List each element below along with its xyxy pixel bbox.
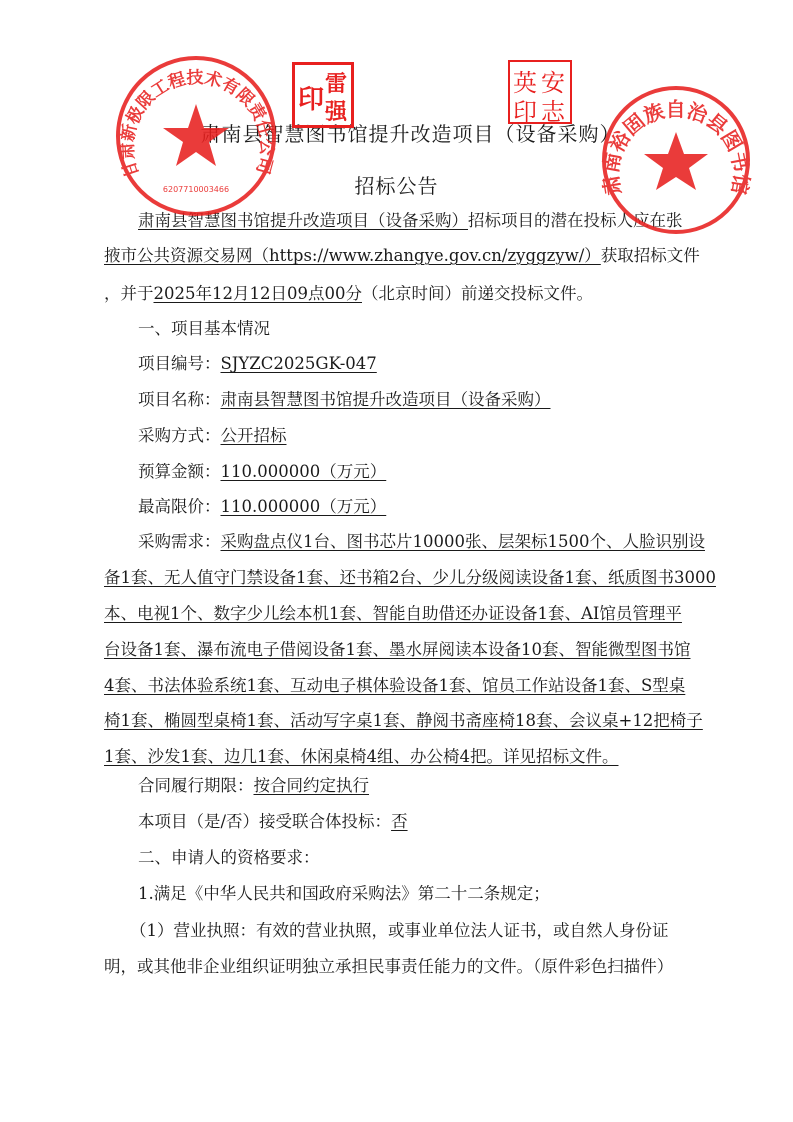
section2-heading: 二、申请人的资格要求： xyxy=(138,848,320,868)
seal-char: 雷 xyxy=(325,67,347,98)
personal-seal-an-yingzhi: 英 安 印 志 xyxy=(508,60,572,124)
company-seal-stamp: 甘肃新极限工程技术有限责任公司 6207710003466 xyxy=(112,52,280,220)
intro-line-3: ，并于2025年12月12日09点00分（北京时间）前递交投标文件。 xyxy=(104,284,593,304)
requirements-line-7: 1套、沙发1套、边几1套、休闲桌椅4组、办公椅4把。详见招标文件。 xyxy=(104,747,619,767)
library-seal-stamp: 肃南裕固族自治县图书馆 xyxy=(598,82,754,238)
requirements-line-5: 4套、书法体验系统1套、互动电子棋体验设备1套、馆员工作站设备1套、S型桌 xyxy=(104,676,685,696)
deadline: 2025年12月12日09点00分 xyxy=(154,284,362,303)
field-procurement-method: 采购方式：公开招标 xyxy=(138,426,287,446)
requirements-line-4: 台设备1套、瀑布流电子借阅设备1套、墨水屏阅读本设备10套、智能微型图书馆 xyxy=(104,640,691,660)
qualification-item-1-1-line-1: （1）营业执照：有效的营业执照，或事业单位法人证书，或自然人身份证 xyxy=(130,921,669,941)
section1-heading: 一、项目基本情况 xyxy=(138,319,270,339)
requirements-line-1: 采购需求：采购盘点仪1台、图书芯片10000张、层架标1500个、人脸识别设 xyxy=(138,532,705,552)
field-project-number: 项目编号：SJYZC2025GK-047 xyxy=(138,354,377,374)
field-budget: 预算金额：110.000000（万元） xyxy=(138,462,386,482)
field-project-name: 项目名称：肃南县智慧图书馆提升改造项目（设备采购） xyxy=(138,390,551,410)
requirements-line-2: 备1套、无人值守门禁设备1套、还书箱2台、少儿分级阅读设备1套、纸质图书3000 xyxy=(104,568,716,588)
qualification-item-1-1-line-2: 明，或其他非企业组织证明独立承担民事责任能力的文件。（原件彩色扫描件） xyxy=(104,957,673,977)
procurement-site-link: 掖市公共资源交易网（https://www.zhangye.gov.cn/zyg… xyxy=(104,246,601,265)
qualification-item-1: 1.满足《中华人民共和国政府采购法》第二十二条规定； xyxy=(138,884,550,904)
personal-seal-lei-qiang: 印 雷 强 xyxy=(292,62,354,128)
document-page: 甘肃新极限工程技术有限责任公司 6207710003466 印 雷 强 英 安 … xyxy=(0,0,793,1122)
intro-line-2: 掖市公共资源交易网（https://www.zhangye.gov.cn/zyg… xyxy=(104,246,700,266)
seal-char: 印 xyxy=(298,79,324,116)
seal-char: 强 xyxy=(325,95,347,126)
field-consortium: 本项目（是/否）接受联合体投标：否 xyxy=(138,812,408,832)
field-max-price: 最高限价：110.000000（万元） xyxy=(138,497,386,517)
requirements-line-3: 本、电视1个、数字少儿绘本机1套、智能自助借还办证设备1套、AI馆员管理平 xyxy=(104,604,682,624)
seal-number: 6207710003466 xyxy=(163,185,229,194)
field-contract-period: 合同履行期限：按合同约定执行 xyxy=(138,776,369,796)
requirements-line-6: 椅1套、椭圆型桌椅1套、活动写字桌1套、静阅书斋座椅18套、会议桌+12把椅子 xyxy=(104,711,703,731)
